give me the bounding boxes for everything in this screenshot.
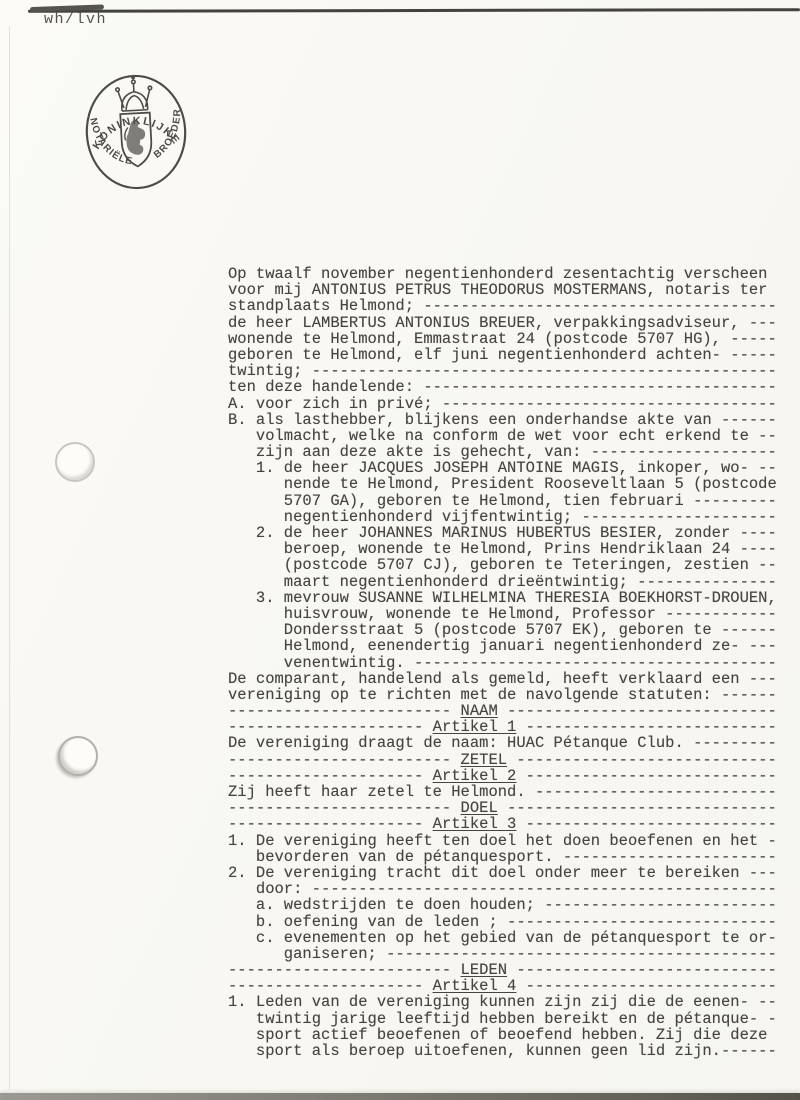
document-line: door: ----------------------------------… (228, 881, 788, 897)
document-line: sport actief beoefenen of beoefend hebbe… (228, 1027, 788, 1043)
document-line: Dondersstraat 5 (postcode 5707 EK), gebo… (228, 622, 788, 638)
document-line: standplaats Helmond; -------------------… (228, 298, 788, 314)
document-line: beroep, wonende te Helmond, Prins Hendri… (228, 541, 788, 557)
document-line: b. oefening van de leden ; -------------… (228, 914, 788, 930)
punch-hole-bottom (58, 736, 98, 776)
document-line: ganiseren; -----------------------------… (228, 946, 788, 962)
document-line: twintig; -------------------------------… (228, 363, 788, 379)
document-line: 3. mevrouw SUSANNE WILHELMINA THERESIA B… (228, 590, 788, 606)
document-line: nende te Helmond, President Rooseveltlaa… (228, 476, 788, 492)
document-line: 1. Leden van de vereniging kunnen zijn z… (228, 994, 788, 1010)
document-line: bevorderen van de pétanquesport. -------… (228, 849, 788, 865)
document-line: 5707 GA), geboren te Helmond, tien febru… (228, 493, 788, 509)
document-line: ten deze handelende: -------------------… (228, 379, 788, 395)
document-line: sport als beroep uitoefenen, kunnen geen… (228, 1043, 788, 1059)
document-line: maart negentienhonderd drieëntwintig; --… (228, 574, 788, 590)
seal-crown-icon (115, 75, 153, 111)
document-line: negentienhonderd vijfentwintig; --------… (228, 509, 788, 525)
document-line: volmacht, welke na conform de wet voor e… (228, 428, 788, 444)
document-line: 1. De vereniging heeft ten doel het doen… (228, 833, 788, 849)
scan-left-edge-line (9, 26, 10, 1090)
punch-hole-top (55, 442, 95, 482)
document-line: venentwintig. --------------------------… (228, 655, 788, 671)
document-line: wonende te Helmond, Emmastraat 24 (postc… (228, 331, 788, 347)
document-line: Helmond, eenendertig januari negentienho… (228, 638, 788, 654)
document-line: ------------------------ NAAM ----------… (228, 703, 788, 719)
document-line: twintig jarige leeftijd hebben bereikt e… (228, 1011, 788, 1027)
document-line: c. evenementen op het gebied van de péta… (228, 930, 788, 946)
document-line: --------------------- Artikel 3 --------… (228, 816, 788, 832)
document-line: 2. de heer JOHANNES MARINUS HUBERTUS BES… (228, 525, 788, 541)
document-line: voor mij ANTONIUS PETRUS THEODORUS MOSTE… (228, 282, 788, 298)
section-header: Artikel 3 (433, 815, 517, 833)
document-line: B. als lasthebber, blijkens een onderhan… (228, 412, 788, 428)
document-line: A. voor zich in privé; -----------------… (228, 396, 788, 412)
document-line: geboren te Helmond, elf juni negentienho… (228, 347, 788, 363)
document-line: --------------------- Artikel 2 --------… (228, 768, 788, 784)
document-line: a. wedstrijden te doen houden; ---------… (228, 897, 788, 913)
document-line: De vereniging draagt de naam: HUAC Pétan… (228, 735, 788, 751)
document-line: Zij heeft haar zetel te Helmond. -------… (228, 784, 788, 800)
document-line: (postcode 5707 CJ), geboren te Teteringe… (228, 557, 788, 573)
document-line: 2. De vereniging tracht dit doel onder m… (228, 865, 788, 881)
document-line: 1. de heer JACQUES JOSEPH ANTOINE MAGIS,… (228, 460, 788, 476)
document-line: zijn aan deze akte is gehecht, van: ----… (228, 444, 788, 460)
document-line: huisvrouw, wonende te Helmond, Professor… (228, 606, 788, 622)
document-line: de heer LAMBERTUS ANTONIUS BREUER, verpa… (228, 315, 788, 331)
document-line: Op twaalf november negentienhonderd zese… (228, 266, 788, 282)
corner-code: wh/lvh (44, 11, 107, 28)
document-line: ------------------------ LEDEN ---------… (228, 962, 788, 978)
notary-brotherhood-seal: KONINKLIJKE NOTARIËLE BROEDERSCHAP (74, 63, 199, 201)
document-line: ------------------------ DOEL ----------… (228, 800, 788, 816)
document-body: Op twaalf november negentienhonderd zese… (228, 266, 788, 1059)
scan-top-edge-line (28, 8, 800, 13)
document-line: ------------------------ ZETEL ---------… (228, 752, 788, 768)
document-line: --------------------- Artikel 1 --------… (228, 719, 788, 735)
document-line: vereniging op te richten met de navolgen… (228, 687, 788, 703)
document-line: De comparant, handelend als gemeld, heef… (228, 671, 788, 687)
scan-bottom-edge-line (0, 1093, 800, 1100)
document-line: --------------------- Artikel 4 --------… (228, 978, 788, 994)
